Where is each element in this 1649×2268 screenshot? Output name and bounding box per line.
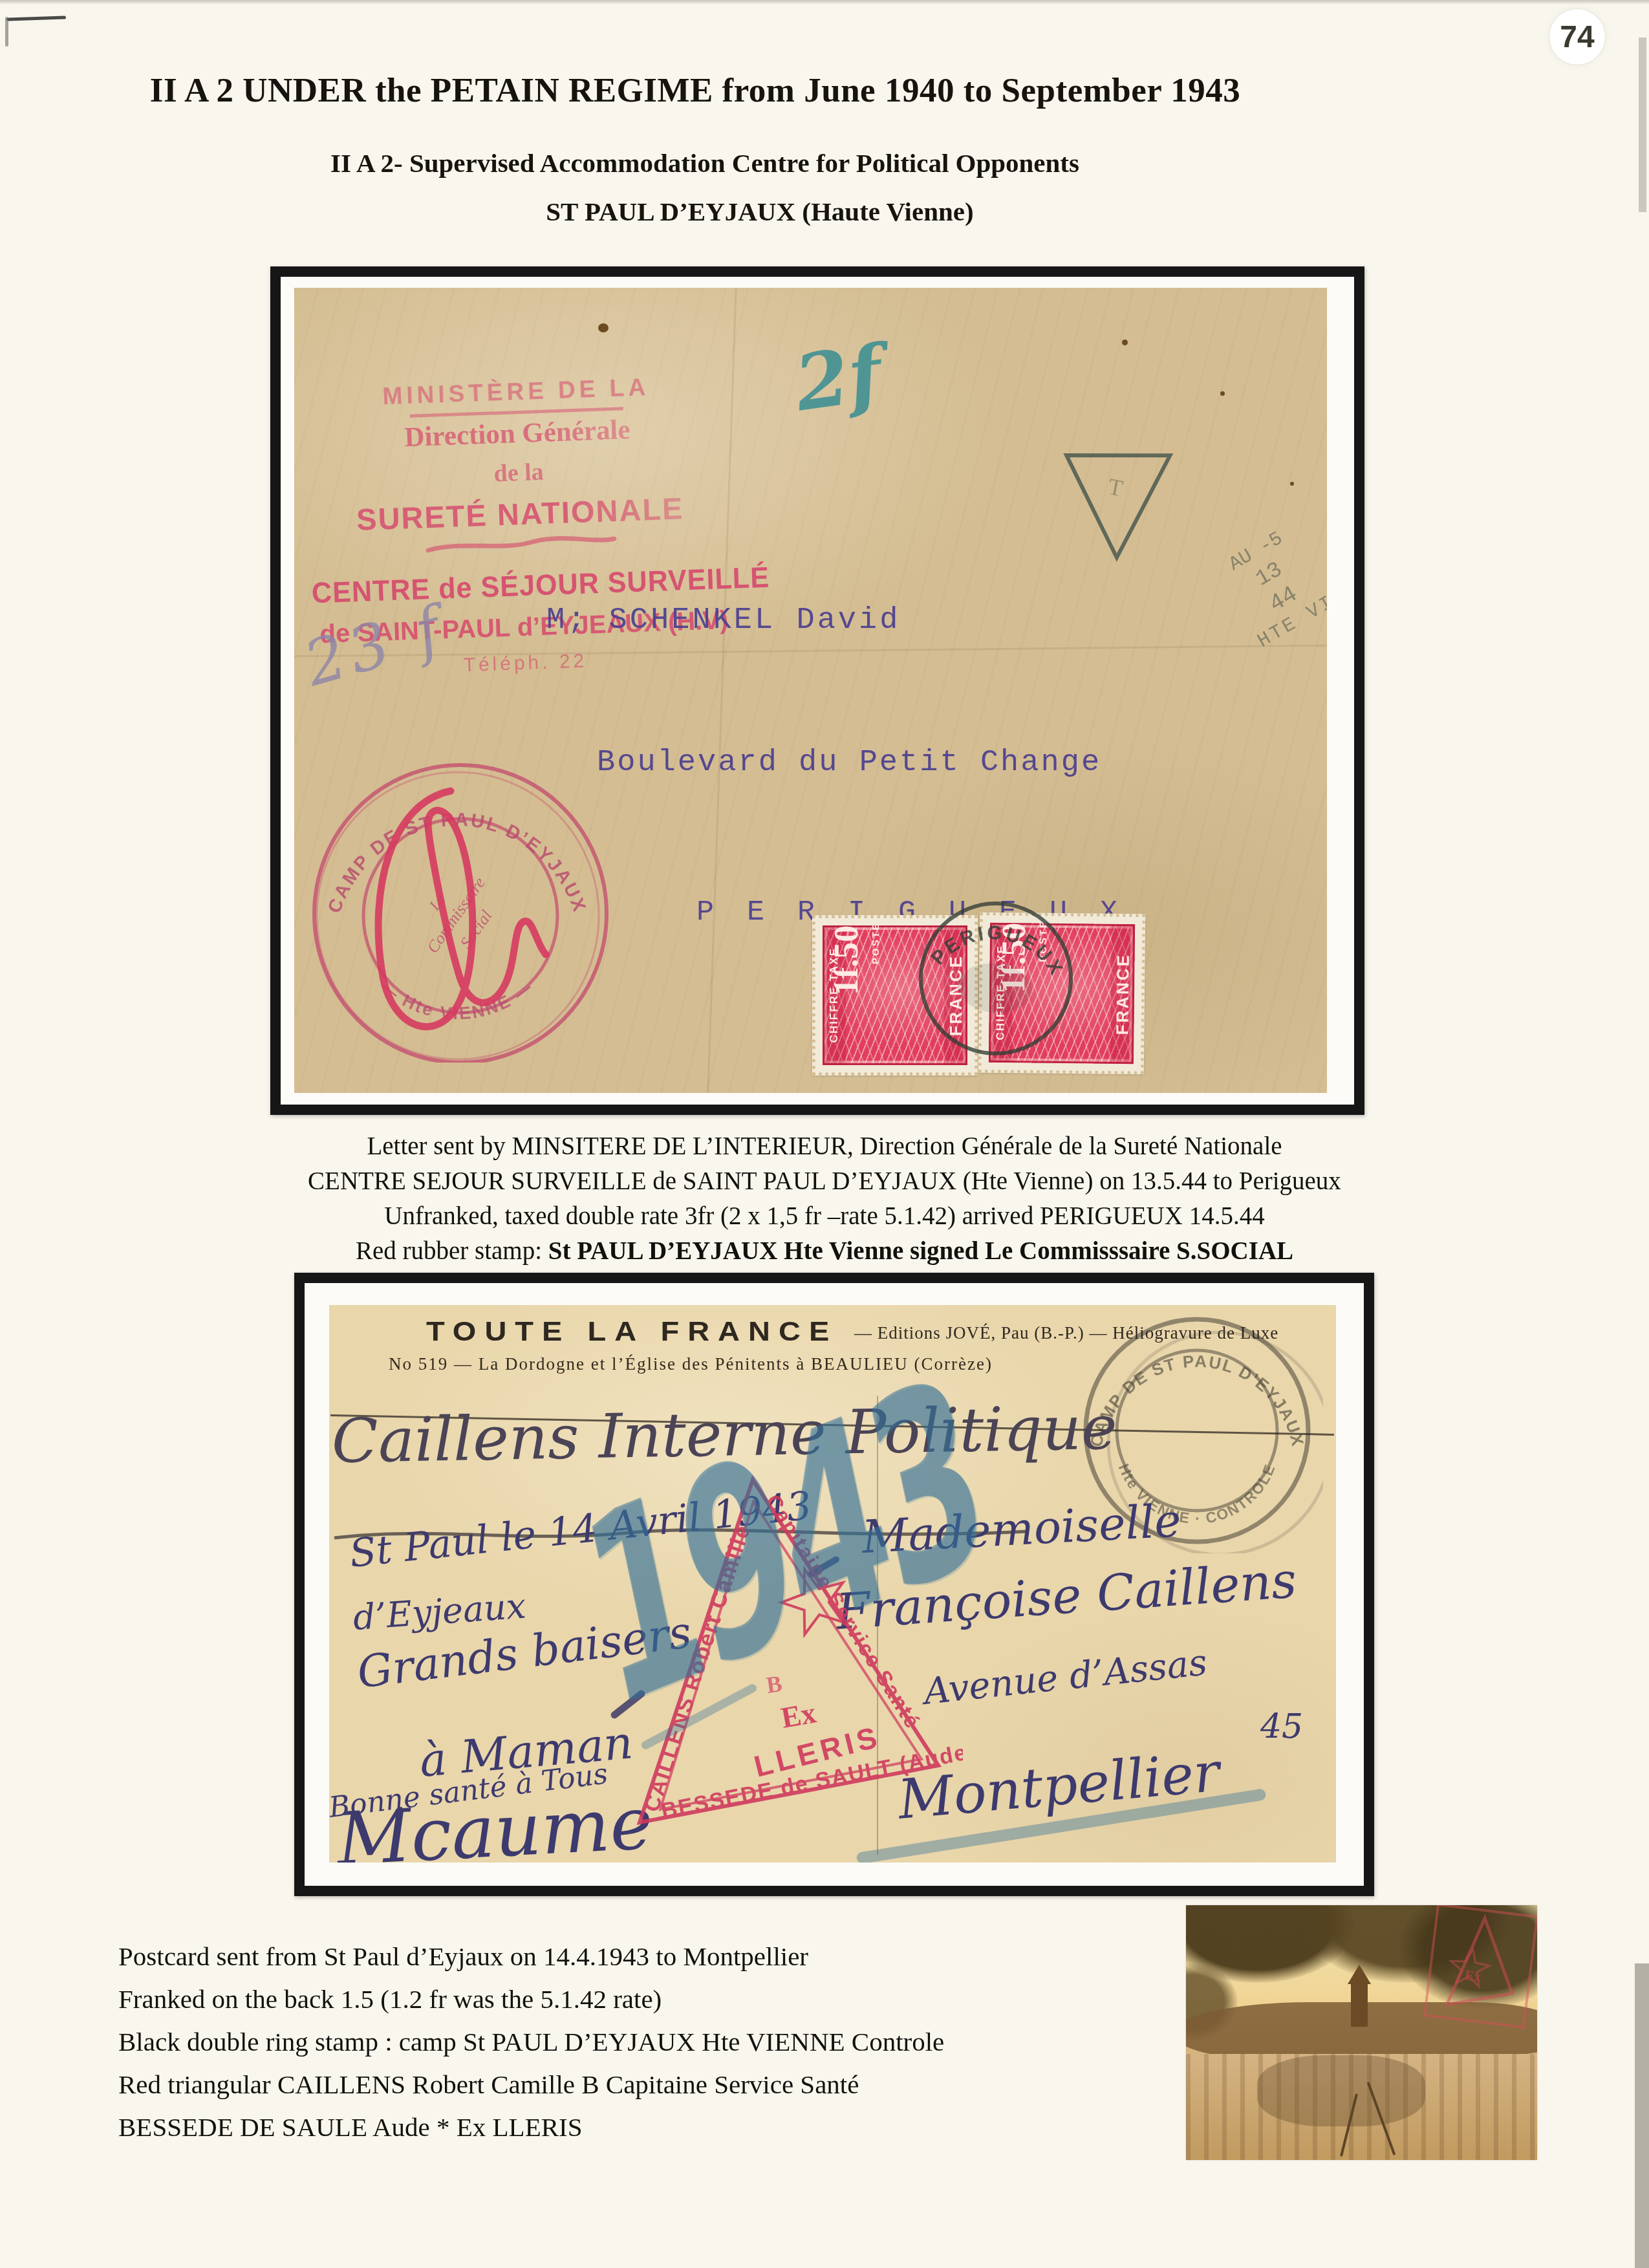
cachet-line-direction: Direction Générale [297,410,737,457]
photo-fragment-ex: Ex [1464,1967,1483,1985]
paper-speck [1122,340,1128,345]
caption-label: Red rubber stamp: [356,1237,548,1265]
svg-text:CAMP DE ST PAUL D’EYJAUX: CAMP DE ST PAUL D’EYJAUX [1086,1352,1308,1449]
page-subtitle-location: ST PAUL D’EYJAUX (Haute Vienne) [0,196,1520,227]
arrival-cds-perigueux: PERIGUEUX [900,883,1092,1075]
paper-speck [598,323,609,332]
tax-t-letter: T [1106,473,1125,501]
typed-street: Boulevard du Petit Change [597,746,1101,780]
photo-church-tower [1351,1982,1368,2027]
page-title: II A 2 UNDER the PETAIN REGIME from June… [0,71,1390,110]
caption-line: CENTRE SEJOUR SURVEILLE de SAINT PAUL D’… [39,1164,1610,1199]
scan-edge-strip-bottom [1635,1963,1649,2268]
manuscript-blue-rate: 2f [790,327,887,428]
caption-line: Red triangular CAILLENS Robert Camille B… [118,2063,1218,2106]
photo-church-spire [1348,1965,1371,1984]
page-subtitle: II A 2- Supervised Accommodation Centre … [0,147,1410,178]
cachet-line-ministere: MINISTÈRE DE LA [296,371,736,413]
tax-t-triangle-stamp: T [1054,444,1176,570]
caption-line: BESSEDE DE SAULE Aude * Ex LLERIS [118,2106,1218,2148]
cachet-line-dela: de la [299,451,739,495]
caption-line: Franked on the back 1.5 (1.2 fr was the … [118,1978,1218,2020]
stamp-value: 1f.50 [828,925,866,995]
postcard-back: TOUTE LA FRANCE — Editions JOVÉ, Pau (B.… [329,1305,1336,1863]
control-cds-arc-top: CAMP DE ST PAUL D’EYJAUX [1086,1352,1308,1449]
camp-round-cachet: CAMP DE ST PAUL D’EYJAUX — Hte VIENNE — … [305,755,609,1063]
caption-bold: St PAUL D’EYJAUX Hte Vienne signed Le Co… [548,1237,1293,1265]
caption-line: Unfranked, taxed double rate 3fr (2 x 1,… [39,1199,1610,1234]
paper-speck [1290,482,1294,486]
photo-reflection [1257,2055,1425,2126]
envelope-display-frame: MINISTÈRE DE LA Direction Générale de la… [270,266,1364,1115]
album-page: 74 II A 2 UNDER the PETAIN REGIME from J… [0,0,1649,2268]
typed-addressee: M; SCHENKEL David [546,603,900,638]
stamp-right-band: FRANCE [1110,924,1135,1064]
scan-edge-strip-top [1639,38,1646,212]
caption-line: Red rubber stamp: St PAUL D’EYJAUX Hte V… [39,1234,1610,1269]
page-number-badge: 74 [1549,9,1605,65]
handwriting-street: Avenue d’Assas [922,1641,1209,1713]
stamp-france-label: FRANCE [1112,953,1133,1035]
envelope-cover: MINISTÈRE DE LA Direction Générale de la… [294,288,1327,1093]
postcard-display-frame: TOUTE LA FRANCE — Editions JOVÉ, Pau (B.… [294,1273,1374,1896]
scan-top-shadow [0,0,1649,5]
cachet-flourish [424,532,619,556]
handwriting-number: 45 [1260,1707,1303,1746]
caption-line: Black double ring stamp : camp St PAUL D… [118,2020,1218,2063]
postcard-front-photo: Ex [1186,1905,1537,2160]
caption-line: Letter sent by MINSITERE DE L’INTERIEUR,… [39,1129,1610,1164]
photo-red-cachet-fragment: Ex [1423,1905,1537,2029]
stamp-postes-label: POSTES [870,925,881,964]
postcard-caption: Postcard sent from St Paul d’Eyjaux on 1… [118,1935,1218,2148]
page-number: 74 [1560,19,1594,55]
paper-speck [1220,391,1225,396]
scan-corner-mark-vertical [5,17,8,47]
caption-line: Postcard sent from St Paul d’Eyjaux on 1… [118,1935,1218,1978]
letter-caption: Letter sent by MINSITERE DE L’INTERIEUR,… [39,1129,1610,1269]
postcard-brand: TOUTE LA FRANCE [426,1314,837,1347]
scan-corner-mark [6,16,66,21]
cachet-line-surete: SURETÉ NATIONALE [300,488,741,539]
